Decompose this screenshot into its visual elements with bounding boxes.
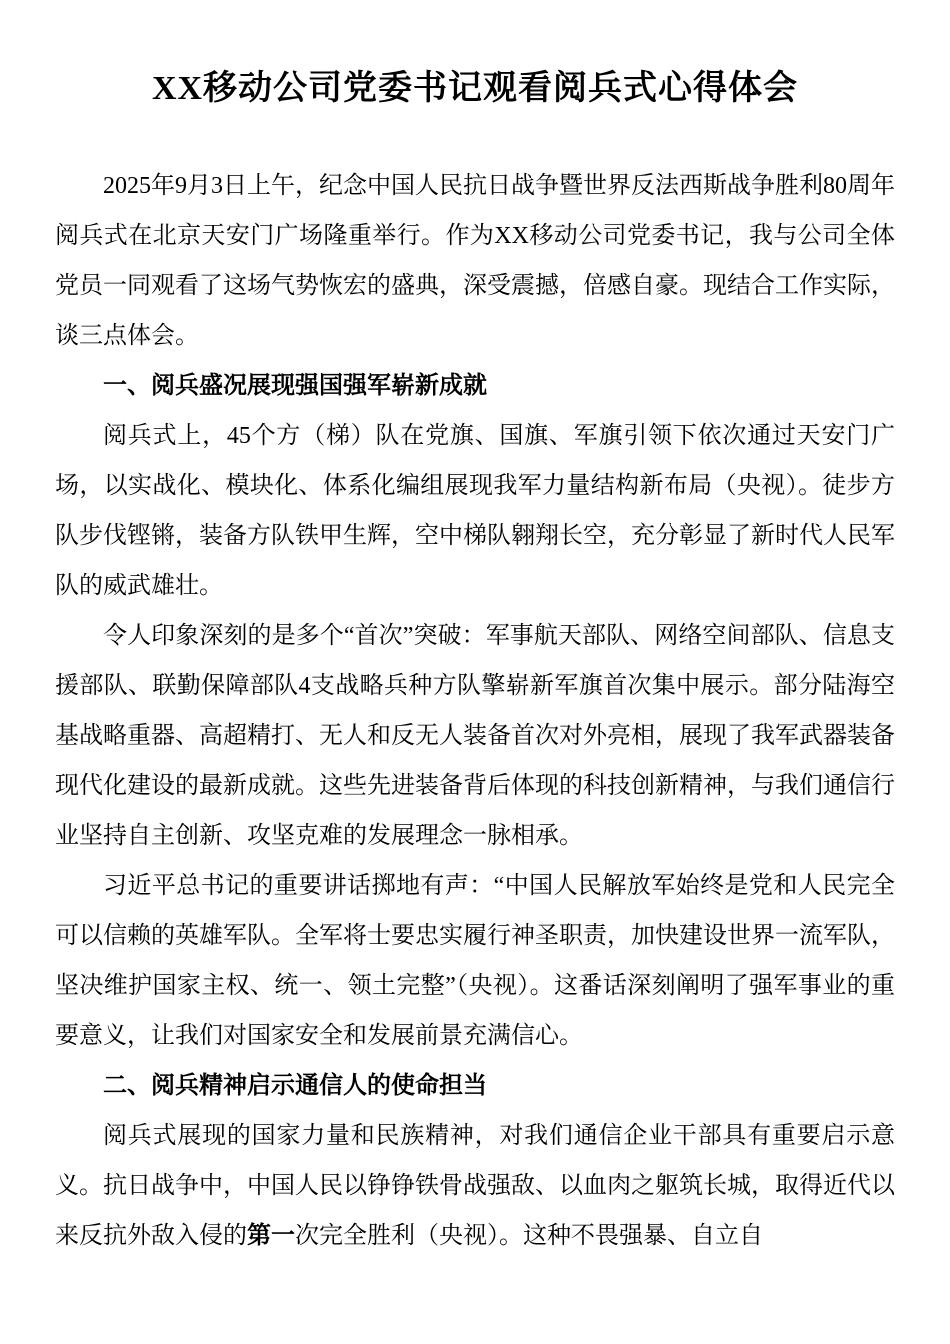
paragraph-parade-scale: 阅兵式上，45个方（梯）队在党旗、国旗、军旗引领下依次通过天安门广场，以实战化、… (55, 411, 895, 611)
document-page: XX移动公司党委书记观看阅兵式心得体会 2025年9月3日上午，纪念中国人民抗日… (0, 0, 950, 1344)
paragraph-inspiration: 阅兵式展现的国家力量和民族精神，对我们通信企业干部具有重要启示意义。抗日战争中，… (55, 1111, 895, 1261)
text-run: 次完全胜利（央视）。这种不畏强暴、自立自 (295, 1223, 763, 1249)
section-heading-2: 二、阅兵精神启示通信人的使命担当 (55, 1061, 895, 1111)
paragraph-speech-quote: 习近平总书记的重要讲话掷地有声：“中国人民解放军始终是党和人民完全可以信赖的英雄… (55, 861, 895, 1061)
document-title: XX移动公司党委书记观看阅兵式心得体会 (55, 58, 895, 120)
paragraph-first-debuts: 令人印象深刻的是多个“首次”突破：军事航天部队、网络空间部队、信息支援部队、联勤… (55, 611, 895, 861)
section-heading-1: 一、阅兵盛况展现强国强军崭新成就 (55, 361, 895, 411)
text-run-bold: 第一 (247, 1223, 295, 1249)
paragraph-intro: 2025年9月3日上午，纪念中国人民抗日战争暨世界反法西斯战争胜利80周年阅兵式… (55, 161, 895, 361)
